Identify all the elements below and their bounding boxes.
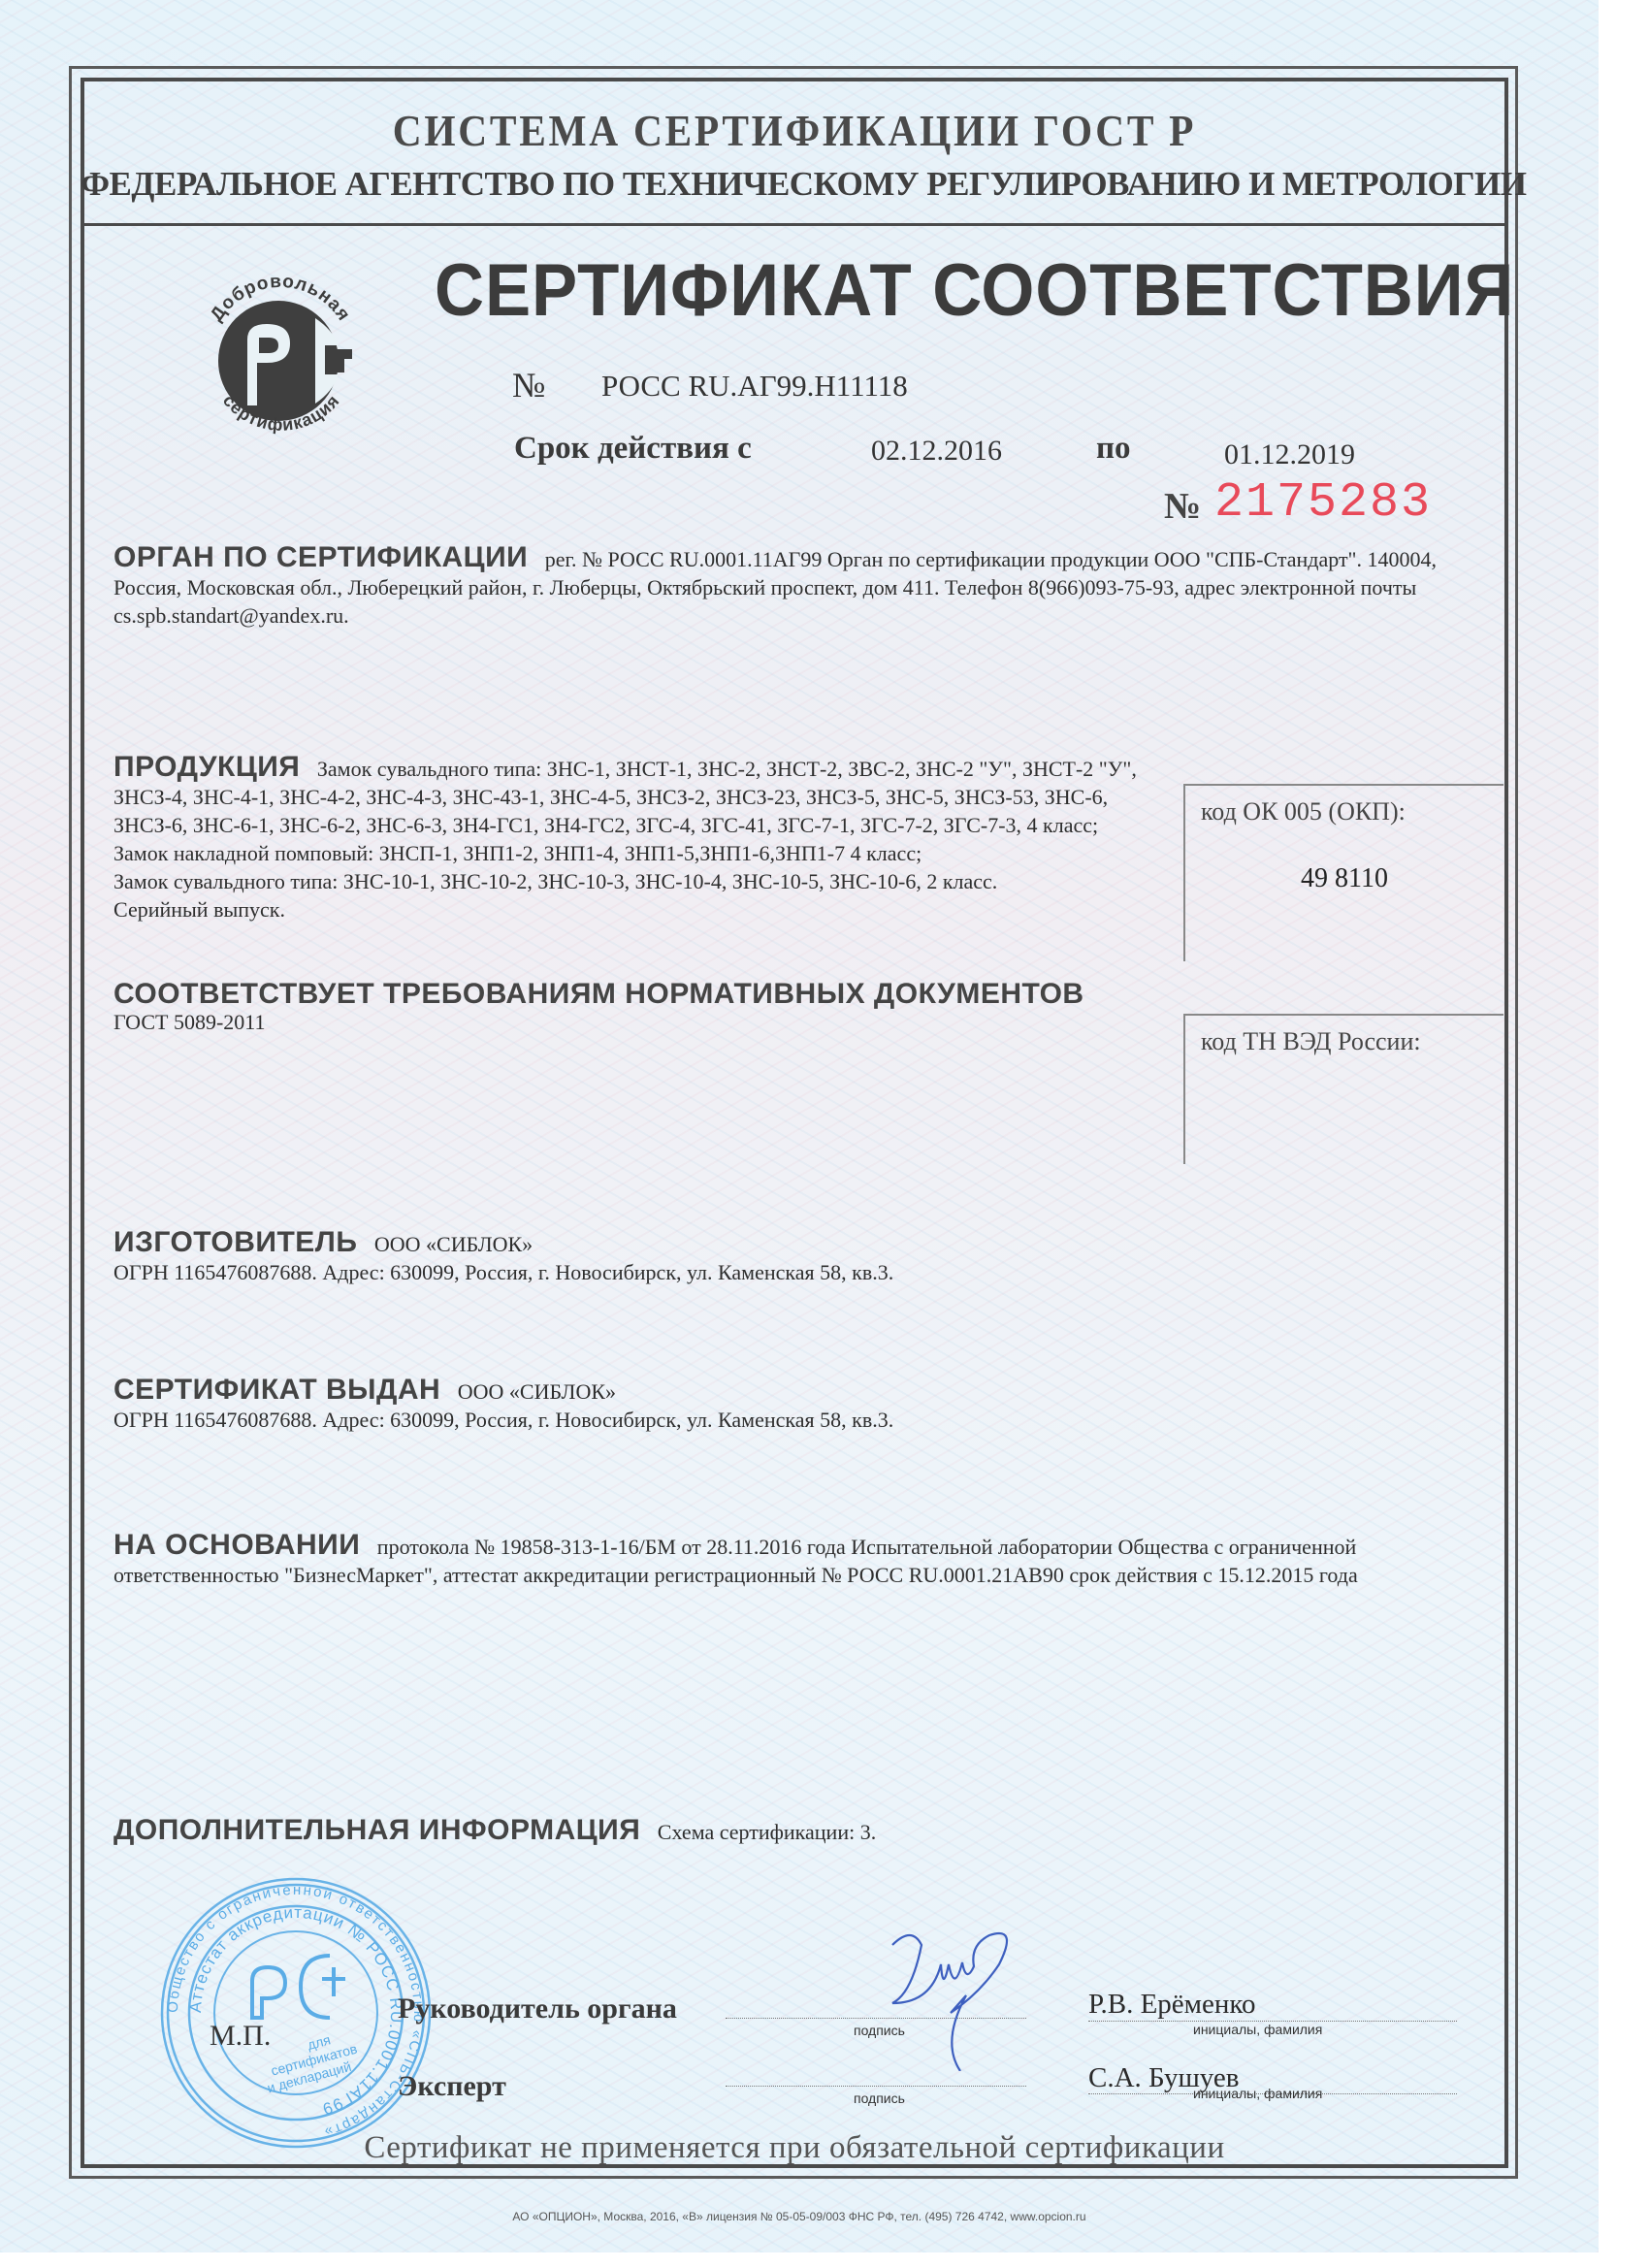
disclaimer-text: Сертификат не применяется при обязательн… bbox=[81, 2130, 1508, 2166]
product-heading: ПРОДУКЦИЯ bbox=[113, 751, 300, 783]
additional-info-heading: ДОПОЛНИТЕЛЬНАЯ ИНФОРМАЦИЯ bbox=[113, 1814, 640, 1846]
issued-to-details: ОГРН 1165476087688. Адрес: 630099, Росси… bbox=[113, 1406, 1491, 1434]
head-name-caption: инициалы, фамилия bbox=[1193, 2022, 1322, 2037]
conformity-standard: ГОСТ 5089-2011 bbox=[113, 1008, 1147, 1036]
expert-name-caption: инициалы, фамилия bbox=[1193, 2086, 1322, 2101]
certificate-paper: СИСТЕМА СЕРТИФИКАЦИИ ГОСТ Р ФЕДЕРАЛЬНОЕ … bbox=[0, 0, 1599, 2252]
expert-label: Эксперт bbox=[398, 2070, 506, 2103]
issued-to-section: СЕРТИФИКАТ ВЫДАН ООО «СИБЛОК» ОГРН 11654… bbox=[113, 1376, 1491, 1434]
expert-signature-caption: подпись bbox=[854, 2090, 905, 2106]
certificate-number: РОСС RU.АГ99.Н11118 bbox=[601, 369, 908, 404]
manufacturer-section: ИЗГОТОВИТЕЛЬ ООО «СИБЛОК» ОГРН 116547608… bbox=[113, 1228, 1491, 1286]
agency-title: ФЕДЕРАЛЬНОЕ АГЕНТСТВО ПО ТЕХНИЧЕСКОМУ РЕ… bbox=[81, 165, 1508, 204]
head-of-body-label: Руководитель органа bbox=[398, 1993, 677, 2025]
rst-logo: Добровольная сертификация bbox=[189, 260, 373, 454]
issued-to-heading: СЕРТИФИКАТ ВЫДАН bbox=[113, 1374, 440, 1406]
additional-info-text: Схема сертификации: 3. bbox=[658, 1820, 876, 1844]
tnved-code-label: код ТН ВЭД России: bbox=[1201, 1027, 1421, 1056]
certification-body-section: ОРГАН ПО СЕРТИФИКАЦИИ рег. № РОСС RU.000… bbox=[113, 543, 1491, 630]
conformity-heading: СООТВЕТСТВУЕТ ТРЕБОВАНИЯМ НОРМАТИВНЫХ ДО… bbox=[113, 980, 1135, 1008]
head-signature bbox=[873, 1906, 1048, 2071]
stamp-icon: Общество с ограниченной ответственностью… bbox=[155, 1872, 436, 2154]
okp-code-box: код ОК 005 (ОКП): 49 8110 bbox=[1183, 784, 1503, 961]
valid-from-date: 02.12.2016 bbox=[871, 435, 1002, 468]
issued-to-name: ООО «СИБЛОК» bbox=[458, 1379, 616, 1404]
stamp-place-label: М.П. bbox=[210, 2020, 271, 2053]
additional-info-section: ДОПОЛНИТЕЛЬНАЯ ИНФОРМАЦИЯ Схема сертифик… bbox=[113, 1816, 1491, 1846]
printer-footer: АО «ОПЦИОН», Москва, 2016, «В» лицензия … bbox=[0, 2210, 1599, 2223]
certificate-title: СЕРТИФИКАТ СООТВЕТСТВИЯ bbox=[435, 248, 1514, 333]
handwritten-signature-icon bbox=[873, 1906, 1048, 2071]
valid-to-label: по bbox=[1096, 431, 1131, 467]
valid-to-date: 01.12.2019 bbox=[1224, 438, 1355, 471]
certification-body-heading: ОРГАН ПО СЕРТИФИКАЦИИ bbox=[113, 541, 528, 573]
basis-heading: НА ОСНОВАНИИ bbox=[113, 1529, 360, 1561]
rst-logo-icon: Добровольная сертификация bbox=[189, 260, 373, 454]
certificate-number-sign: № bbox=[512, 365, 545, 405]
basis-section: НА ОСНОВАНИИ протокола № 19858-313-1-16/… bbox=[113, 1531, 1491, 1589]
product-line-2: Замок накладной помповый: ЗНСП-1, ЗНП1-2… bbox=[113, 839, 1147, 867]
product-line-4: Серийный выпуск. bbox=[113, 895, 1147, 923]
system-title: СИСТЕМА СЕРТИФИКАЦИИ ГОСТ Р bbox=[80, 105, 1509, 156]
head-name: Р.В. Ерёменко bbox=[1088, 1989, 1256, 2021]
okp-code-label: код ОК 005 (ОКП): bbox=[1201, 797, 1406, 826]
tnved-code-box: код ТН ВЭД России: bbox=[1183, 1014, 1503, 1164]
official-stamp: Общество с ограниченной ответственностью… bbox=[155, 1872, 436, 2154]
conformity-section: СООТВЕТСТВУЕТ ТРЕБОВАНИЯМ НОРМАТИВНЫХ ДО… bbox=[113, 980, 1147, 1036]
validity-label: Срок действия с bbox=[514, 431, 752, 467]
manufacturer-heading: ИЗГОТОВИТЕЛЬ bbox=[113, 1226, 357, 1258]
manufacturer-name: ООО «СИБЛОК» bbox=[374, 1232, 533, 1256]
blank-serial-number: 2175283 bbox=[1214, 475, 1432, 531]
okp-code-value: 49 8110 bbox=[1185, 863, 1503, 894]
product-section: ПРОДУКЦИЯ Замок сувальдного типа: ЗНС-1,… bbox=[113, 753, 1147, 923]
product-line-3: Замок сувальдного типа: ЗНС-10-1, ЗНС-10… bbox=[113, 867, 1147, 895]
blank-number-sign: № bbox=[1164, 485, 1201, 528]
expert-signature-line bbox=[726, 2086, 1026, 2087]
header-divider bbox=[81, 223, 1508, 226]
manufacturer-details: ОГРН 1165476087688. Адрес: 630099, Росси… bbox=[113, 1258, 1491, 1286]
